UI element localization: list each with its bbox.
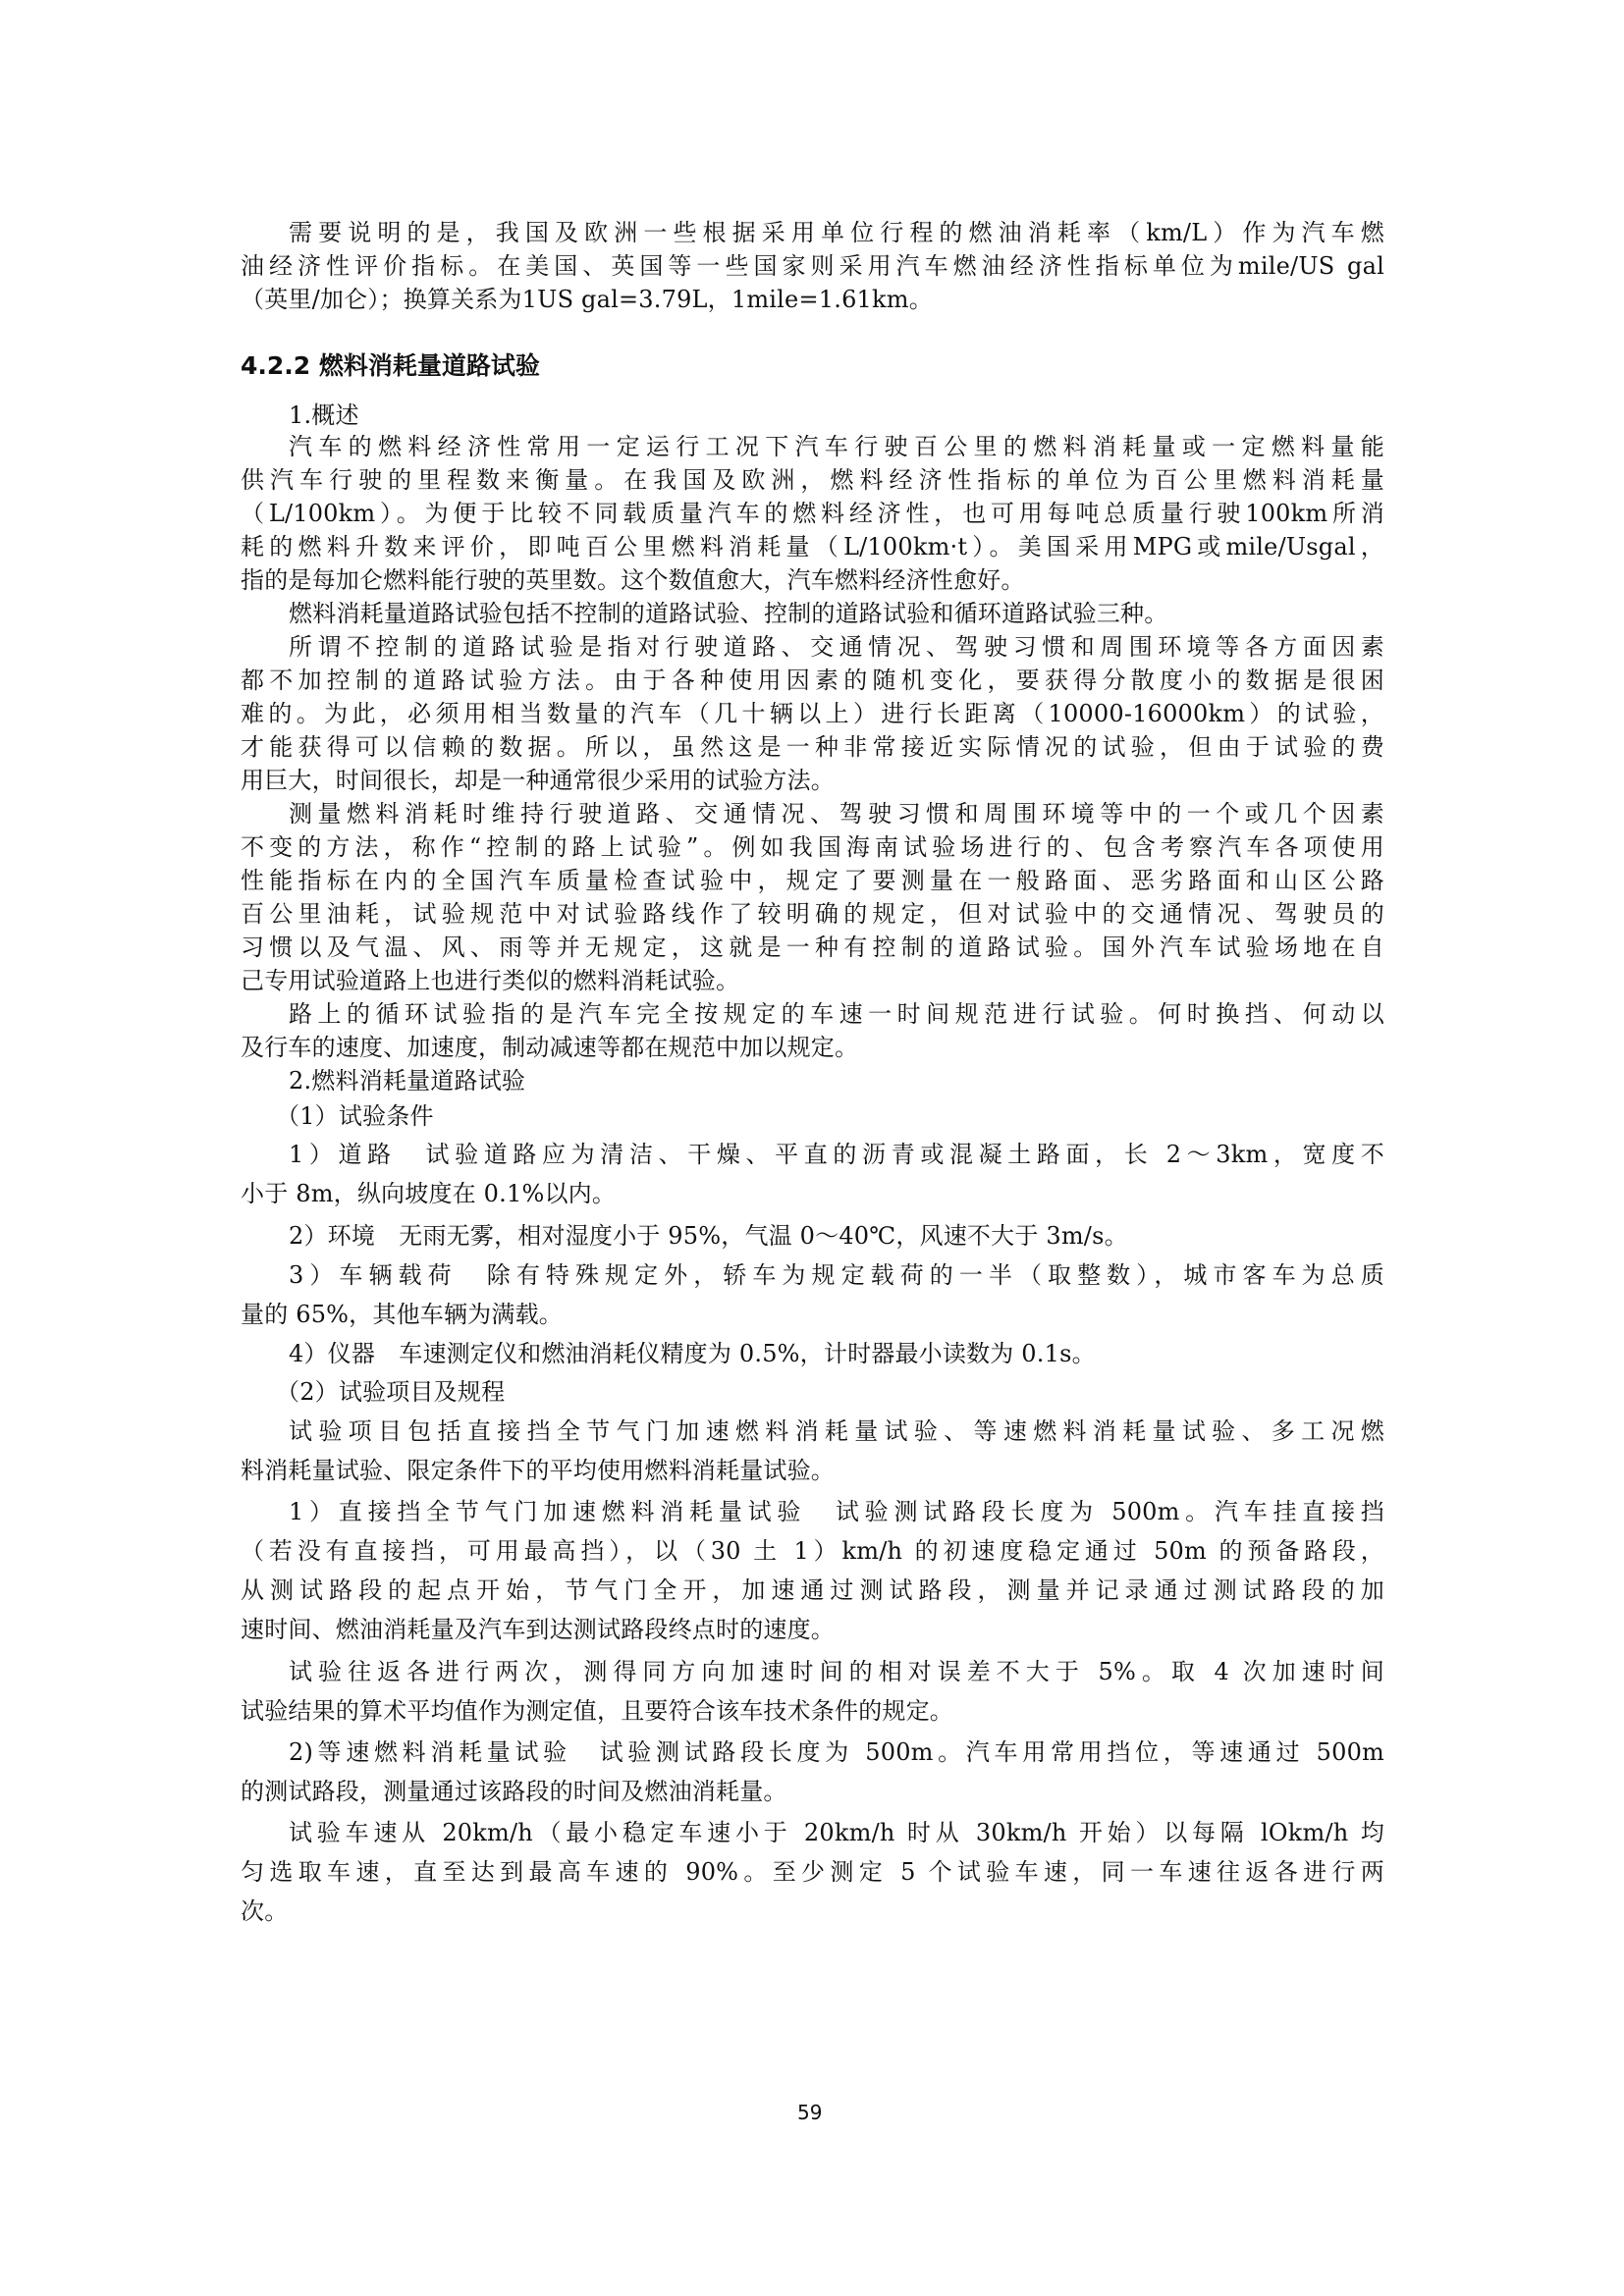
text-line: （英里/加仑）；换算关系为1US gal=3.79L，1mile=1.61km。: [241, 285, 1384, 314]
text-line: 测量燃料消耗时维持行驶道路、交通情况、驾驶习惯和周围环境等中的一个或几个因素: [289, 799, 1384, 828]
text-line: 指的是每加仑燃料能行驶的英里数。这个数值愈大，汽车燃料经济性愈好。: [241, 565, 1384, 595]
text-line: 1.概述: [289, 400, 1384, 430]
text-line: 试验车速从 20km/h（最小稳定车速小于 20km/h 时从 30km/h 开…: [289, 1818, 1384, 1847]
text-line: 量的 65%，其他车辆为满载。: [241, 1300, 1384, 1329]
section-heading: 4.2.2 燃料消耗量道路试验: [241, 351, 540, 381]
text-line: 供汽车行驶的里程数来衡量。在我国及欧洲，燃料经济性指标的单位为百公里燃料消耗量: [241, 465, 1384, 495]
text-line: 试验结果的算术平均值作为测定值，且要符合该车技术条件的规定。: [241, 1696, 1384, 1726]
text-line: 及行车的速度、加速度，制动减速等都在规范中加以规定。: [241, 1033, 1384, 1062]
text-line: （若没有直接挡，可用最高挡），以（30 土 1）km/h 的初速度稳定通过 50…: [241, 1536, 1384, 1566]
text-line: 都不加控制的道路试验方法。由于各种使用因素的随机变化，要获得分散度小的数据是很困: [241, 666, 1384, 695]
text-line: 试验项目包括直接挡全节气门加速燃料消耗量试验、等速燃料消耗量试验、多工况燃: [289, 1416, 1384, 1446]
text-line: 用巨大，时间很长，却是一种通常很少采用的试验方法。: [241, 766, 1384, 795]
text-line: 耗的燃料升数来评价，即吨百公里燃料消耗量（L/100km·t）。美国采用MPG或…: [241, 532, 1384, 561]
text-line: 燃料消耗量道路试验包括不控制的道路试验、控制的道路试验和循环道路试验三种。: [289, 599, 1384, 628]
text-line: （1）试验条件: [276, 1101, 1384, 1131]
page-number: 59: [797, 2101, 822, 2124]
text-line: 不变的方法，称作“控制的路上试验”。例如我国海南试验场进行的、包含考察汽车各项使…: [241, 832, 1384, 862]
text-line: 百公里油耗，试验规范中对试验路线作了较明确的规定，但对试验中的交通情况、驾驶员的: [241, 899, 1384, 929]
text-line: 己专用试验道路上也进行类似的燃料消耗试验。: [241, 966, 1384, 995]
text-line: 次。: [241, 1896, 1384, 1926]
text-line: 小于 8m，纵向坡度在 0.1%以内。: [241, 1179, 1384, 1208]
text-line: 所谓不控制的道路试验是指对行驶道路、交通情况、驾驶习惯和周围环境等各方面因素: [289, 632, 1384, 662]
text-line: （L/100km）。为便于比较不同载质量汽车的燃料经济性，也可用每吨总质量行驶1…: [241, 499, 1384, 528]
text-line: 试验往返各进行两次，测得同方向加速时间的相对误差不大于 5%。取 4 次加速时间: [289, 1657, 1384, 1686]
text-line: 汽车的燃料经济性常用一定运行工况下汽车行驶百公里的燃料消耗量或一定燃料量能: [289, 432, 1384, 461]
text-line: 2)等速燃料消耗量试验 试验测试路段长度为 500m。汽车用常用挡位，等速通过 …: [289, 1737, 1384, 1767]
text-line: 从测试路段的起点开始，节气门全开，加速通过测试路段，测量并记录通过测试路段的加: [241, 1575, 1384, 1605]
text-line: 速时间、燃油消耗量及汽车到达测试路段终点时的速度。: [241, 1615, 1384, 1644]
text-line: 料消耗量试验、限定条件下的平均使用燃料消耗量试验。: [241, 1456, 1384, 1485]
text-line: 2）环境 无雨无雾，相对湿度小于 95%，气温 0～40℃，风速不大于 3m/s…: [289, 1221, 1384, 1251]
text-line: 油经济性评价指标。在美国、英国等一些国家则采用汽车燃油经济性指标单位为mile/…: [241, 251, 1384, 281]
text-line: （2）试验项目及规程: [276, 1377, 1384, 1407]
text-line: 需要说明的是，我国及欧洲一些根据采用单位行程的燃油消耗率（km/L）作为汽车燃: [289, 218, 1384, 247]
document-page: 4.2.2 燃料消耗量道路试验 需要说明的是，我国及欧洲一些根据采用单位行程的燃…: [0, 0, 1624, 2296]
text-line: 3）车辆载荷 除有特殊规定外，轿车为规定载荷的一半（取整数），城市客车为总质: [289, 1260, 1384, 1290]
text-line: 习惯以及气温、风、雨等并无规定，这就是一种有控制的道路试验。国外汽车试验场地在自: [241, 933, 1384, 962]
text-line: 才能获得可以信赖的数据。所以，虽然这是一种非常接近实际情况的试验，但由于试验的费: [241, 732, 1384, 762]
text-line: 1）道路 试验道路应为清洁、干燥、平直的沥青或混凝土路面，长 2～3km，宽度不: [289, 1140, 1384, 1169]
text-line: 难的。为此，必须用相当数量的汽车（几十辆以上）进行长距离（10000-16000…: [241, 699, 1384, 728]
text-line: 的测试路段，测量通过该路段的时间及燃油消耗量。: [241, 1777, 1384, 1806]
text-line: 性能指标在内的全国汽车质量检查试验中，规定了要测量在一般路面、恶劣路面和山区公路: [241, 866, 1384, 895]
text-line: 4）仪器 车速测定仪和燃油消耗仪精度为 0.5%，计时器最小读数为 0.1s。: [289, 1339, 1384, 1368]
text-line: 路上的循环试验指的是汽车完全按规定的车速一时间规范进行试验。何时换挡、何动以: [289, 999, 1384, 1029]
text-line: 2.燃料消耗量道路试验: [289, 1066, 1384, 1095]
text-line: 1）直接挡全节气门加速燃料消耗量试验 试验测试路段长度为 500m。汽车挂直接挡: [289, 1497, 1384, 1526]
text-line: 匀选取车速，直至达到最高车速的 90%。至少测定 5 个试验车速，同一车速往返各…: [241, 1857, 1384, 1887]
